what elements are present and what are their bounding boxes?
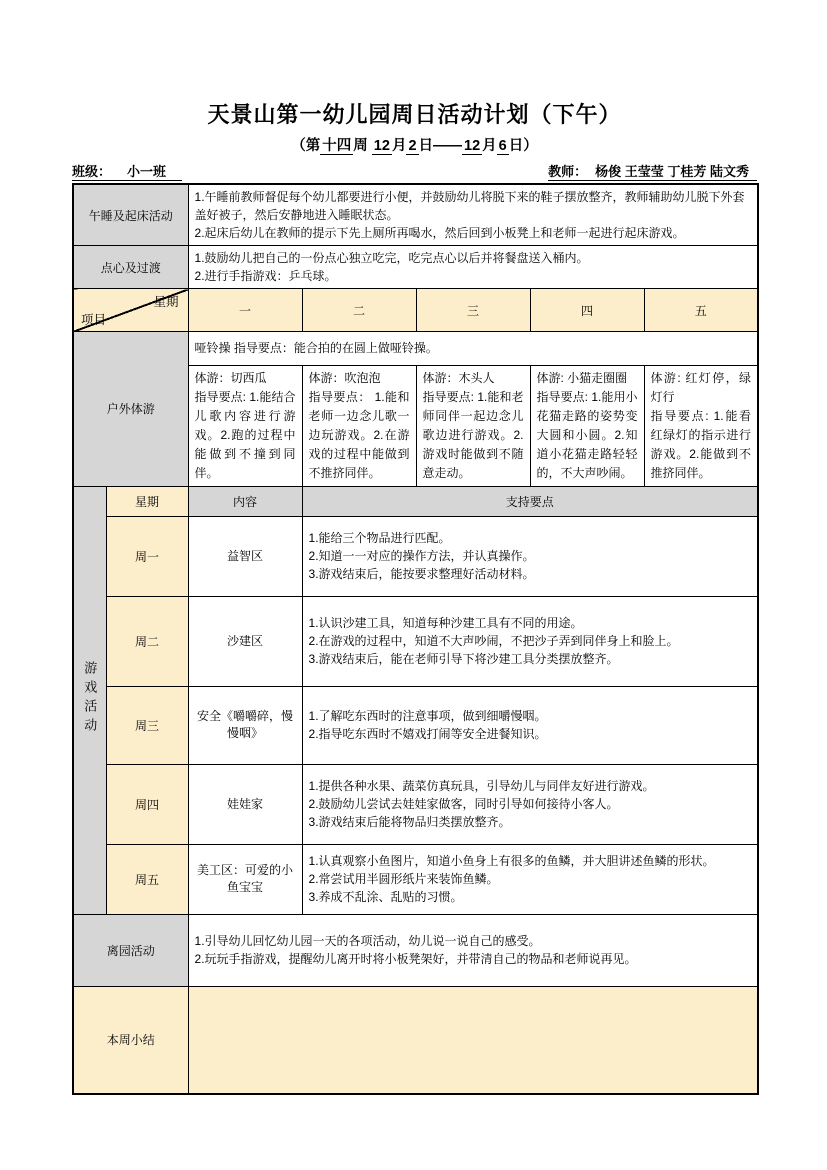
outdoor-cell-mon: 体游：切西瓜 指导要点: 1.能结合儿歌内容进行游戏。2.跑的过程中能做到不撞到… [188, 366, 302, 487]
subtitle-text: 日） [509, 138, 538, 154]
games-section-label-text: 游戏活动 [80, 661, 99, 737]
teacher-value: 杨俊 王莹莹 丁桂芳 陆文秀 [587, 164, 757, 179]
outdoor-common-row: 户外体游 哑铃操 指导要点：能合拍的在圆上做哑铃操。 [73, 332, 758, 366]
day-header-thu: 四 [530, 289, 644, 332]
outdoor-cell-tue: 体游：吹泡泡 指导要点： 1.能和老师一边念儿歌一边玩游戏。2.在游戏的过程中能… [302, 366, 416, 487]
day-header-mon: 一 [188, 289, 302, 332]
row-label-nap: 午睡及起床活动 [73, 184, 188, 246]
page-title: 天景山第一幼儿园周日活动计划（下午） [72, 98, 757, 129]
snack-row: 点心及过渡 1.鼓励幼儿把自己的一份点心独立吃完，吃完点心以后并将餐盘送入桶内。… [73, 246, 758, 289]
page-subtitle: （第十四周 12月2日——12月6日） [72, 134, 757, 155]
corner-project-label: 项目 [81, 310, 106, 328]
game-day-cell: 周二 [106, 596, 188, 686]
subtitle-text: （第 [291, 138, 320, 154]
weekday-header-row: 星期 项目 一 二 三 四 五 [73, 289, 758, 332]
game-row-tue: 周二 沙建区 1.认识沙建工具，知道每种沙建工具有不同的用途。 2.在游戏的过程… [73, 596, 758, 686]
game-content-cell: 娃娃家 [188, 764, 302, 844]
subtitle-text: 月 [482, 138, 497, 154]
game-content-cell: 沙建区 [188, 596, 302, 686]
snack-content: 1.鼓励幼儿把自己的一份点心独立吃完，吃完点心以后并将餐盘送入桶内。 2.进行手… [188, 246, 758, 289]
row-label-outdoor: 户外体游 [73, 332, 188, 487]
summary-content [188, 986, 758, 1094]
departure-content: 1.引导幼儿回忆幼儿园一天的各项活动，幼儿说一说自己的感受。 2.玩玩手指游戏，… [188, 914, 758, 986]
end-month-blank: 12 [462, 138, 482, 155]
game-points-cell: 1.了解吃东西时的注意事项，做到细嚼慢咽。 2.指导吃东西时不嬉戏打闹等安全进餐… [302, 686, 758, 764]
corner-cell: 星期 项目 [73, 289, 188, 332]
document-page: 天景山第一幼儿园周日活动计划（下午） （第十四周 12月2日——12月6日） 班… [0, 0, 827, 1095]
games-header-points: 支持要点 [302, 486, 758, 516]
subtitle-text: 日—— [419, 138, 463, 154]
game-points-cell: 1.认真观察小鱼图片，知道小鱼身上有很多的鱼鳞，并大胆讲述鱼鳞的形状。 2.常尝… [302, 844, 758, 914]
subtitle-text: 月 [392, 138, 407, 154]
plan-table: 午睡及起床活动 1.午睡前教师督促每个幼儿都要进行小便，并鼓励幼儿将脱下来的鞋子… [72, 183, 759, 1095]
day-header-tue: 二 [302, 289, 416, 332]
teacher-label: 教师： [548, 164, 587, 179]
games-header-week: 星期 [106, 486, 188, 516]
game-day-cell: 周三 [106, 686, 188, 764]
game-content-cell: 美工区：可爱的小鱼宝宝 [188, 844, 302, 914]
game-row-wed: 周三 安全《嚼嚼碎，慢慢咽》 1.了解吃东西时的注意事项，做到细嚼慢咽。 2.指… [73, 686, 758, 764]
games-header-row: 游戏活动 星期 内容 支持要点 [73, 486, 758, 516]
game-content-cell: 益智区 [188, 516, 302, 596]
day-header-wed: 三 [416, 289, 530, 332]
start-month-blank: 12 [372, 138, 392, 155]
row-label-snack: 点心及过渡 [73, 246, 188, 289]
nap-row: 午睡及起床活动 1.午睡前教师督促每个幼儿都要进行小便，并鼓励幼儿将脱下来的鞋子… [73, 184, 758, 246]
week-number-blank: 十四 [320, 138, 353, 155]
subtitle-text: 周 [353, 138, 372, 154]
meta-line: 班级：小一班 教师：杨俊 王莹莹 丁桂芳 陆文秀 [72, 161, 757, 181]
nap-content: 1.午睡前教师督促每个幼儿都要进行小便，并鼓励幼儿将脱下来的鞋子摆放整齐，教师辅… [188, 184, 758, 246]
games-header-content: 内容 [188, 486, 302, 516]
game-points-cell: 1.提供各种水果、蔬菜仿真玩具，引导幼儿与同伴友好进行游戏。 2.鼓励幼儿尝试去… [302, 764, 758, 844]
departure-row: 离园活动 1.引导幼儿回忆幼儿园一天的各项活动，幼儿说一说自己的感受。 2.玩玩… [73, 914, 758, 986]
class-value: 小一班 [111, 164, 182, 179]
class-field: 班级：小一班 [72, 161, 182, 181]
game-day-cell: 周四 [106, 764, 188, 844]
row-label-departure: 离园活动 [73, 914, 188, 986]
class-label: 班级： [72, 164, 111, 179]
game-points-cell: 1.能给三个物品进行匹配。 2.知道一一对应的操作方法，并认真操作。 3.游戏结… [302, 516, 758, 596]
outdoor-cell-fri: 体游: 红灯停，绿灯行 指导要点: 1.能看红绿灯的指示进行游戏。2.能做到不推… [644, 366, 758, 487]
end-day-blank: 6 [497, 138, 509, 155]
game-row-mon: 周一 益智区 1.能给三个物品进行匹配。 2.知道一一对应的操作方法，并认真操作… [73, 516, 758, 596]
game-content-cell: 安全《嚼嚼碎，慢慢咽》 [188, 686, 302, 764]
game-day-cell: 周五 [106, 844, 188, 914]
outdoor-common-content: 哑铃操 指导要点：能合拍的在圆上做哑铃操。 [188, 332, 758, 366]
outdoor-cell-wed: 体游：木头人 指导要点: 1.能和老师同伴一起边念儿歌边进行游戏。2.游戏时能做… [416, 366, 530, 487]
outdoor-cell-thu: 体游: 小猫走圈圈 指导要点: 1.能用小花猫走路的姿势变大圆和小圆。2.知道小… [530, 366, 644, 487]
game-row-fri: 周五 美工区：可爱的小鱼宝宝 1.认真观察小鱼图片，知道小鱼身上有很多的鱼鳞，并… [73, 844, 758, 914]
row-label-summary: 本周小结 [73, 986, 188, 1094]
games-section-label: 游戏活动 [73, 486, 106, 914]
day-header-fri: 五 [644, 289, 758, 332]
summary-row: 本周小结 [73, 986, 758, 1094]
game-day-cell: 周一 [106, 516, 188, 596]
game-points-cell: 1.认识沙建工具，知道每种沙建工具有不同的用途。 2.在游戏的过程中，知道不大声… [302, 596, 758, 686]
game-row-thu: 周四 娃娃家 1.提供各种水果、蔬菜仿真玩具，引导幼儿与同伴友好进行游戏。 2.… [73, 764, 758, 844]
teacher-field: 教师：杨俊 王莹莹 丁桂芳 陆文秀 [548, 161, 757, 181]
start-day-blank: 2 [406, 138, 418, 155]
corner-week-label: 星期 [154, 292, 179, 310]
